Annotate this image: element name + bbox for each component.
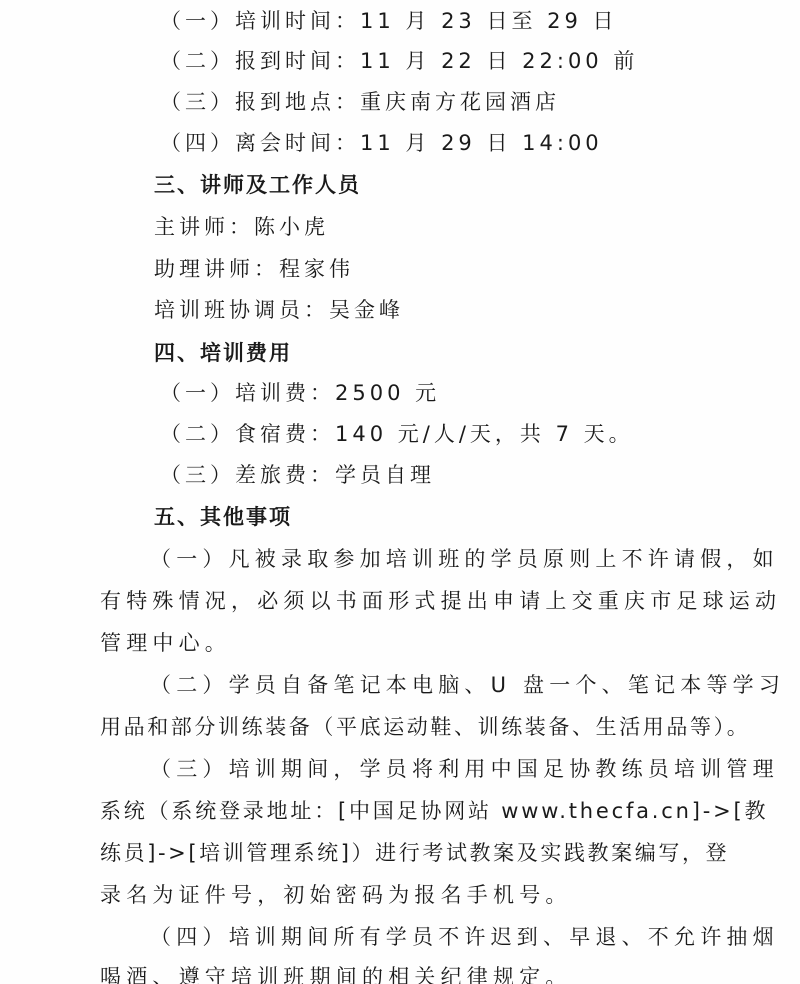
schedule-item-training-time: （一）培训时间：11 月 23 日至 29 日	[160, 8, 618, 34]
item-value: 140 元/人/天，共 7 天。	[335, 422, 634, 446]
item-label: 培训班协调员：	[154, 298, 329, 322]
paragraph-line: 用品和部分训练装备（平底运动鞋、训练装备、生活用品等）。	[100, 714, 750, 740]
staff-item-coordinator: 培训班协调员：吴金峰	[154, 297, 404, 323]
paragraph-line: 录名为证件号，初始密码为报名手机号。	[100, 882, 572, 908]
paragraph-line: （二）学员自备笔记本电脑、U 盘一个、笔记本等学习	[150, 672, 785, 698]
item-label: 助理讲师：	[154, 257, 279, 281]
paragraph-line: 有特殊情况，必须以书面形式提出申请上交重庆市足球运动	[100, 588, 781, 614]
item-value: 2500 元	[335, 381, 440, 405]
item-label: （二）食宿费：	[160, 422, 335, 446]
item-value: 重庆南方花园酒店	[360, 90, 560, 114]
staff-item-assistant-instructor: 助理讲师：程家伟	[154, 256, 354, 282]
item-label: （一）培训费：	[160, 381, 335, 405]
item-label: （四）离会时间：	[160, 131, 360, 155]
section-heading-other-matters: 五、其他事项	[154, 504, 292, 530]
paragraph-line: 系统（系统登录地址：[中国足协网站 www.thecfa.cn]->[教	[100, 798, 768, 824]
paragraph-line: （三）培训期间，学员将利用中国足协教练员培训管理	[150, 756, 779, 782]
paragraph-line: （一）凡被录取参加培训班的学员原则上不许请假，如	[150, 546, 779, 572]
item-value: 11 月 29 日 14:00	[360, 131, 603, 155]
item-value: 程家伟	[279, 257, 354, 281]
fee-item-training: （一）培训费：2500 元	[160, 380, 440, 406]
schedule-item-checkin-location: （三）报到地点：重庆南方花园酒店	[160, 89, 560, 115]
paragraph-line: 管理中心。	[100, 630, 231, 656]
schedule-item-departure-time: （四）离会时间：11 月 29 日 14:00	[160, 130, 603, 156]
item-value: 吴金峰	[329, 298, 404, 322]
section-heading-fees: 四、培训费用	[154, 340, 292, 366]
item-label: （二）报到时间：	[160, 49, 360, 73]
paragraph-line: 喝酒、遵守培训班期间的相关纪律规定。	[100, 964, 572, 984]
item-value: 学员自理	[335, 463, 435, 487]
schedule-item-checkin-time: （二）报到时间：11 月 22 日 22:00 前	[160, 48, 638, 74]
section-heading-staff: 三、讲师及工作人员	[154, 172, 361, 198]
paragraph-line: 练员]->[培训管理系统]）进行考试教案及实践教案编写，登	[100, 840, 729, 866]
item-label: （一）培训时间：	[160, 9, 360, 33]
document-page: （一）培训时间：11 月 23 日至 29 日 （二）报到时间：11 月 22 …	[0, 0, 800, 984]
item-label: 主讲师：	[154, 215, 254, 239]
item-label: （三）差旅费：	[160, 463, 335, 487]
item-value: 11 月 22 日 22:00 前	[360, 49, 638, 73]
item-label: （三）报到地点：	[160, 90, 360, 114]
fee-item-travel: （三）差旅费：学员自理	[160, 462, 435, 488]
fee-item-lodging: （二）食宿费：140 元/人/天，共 7 天。	[160, 421, 634, 447]
item-value: 11 月 23 日至 29 日	[360, 9, 618, 33]
staff-item-lead-instructor: 主讲师：陈小虎	[154, 214, 329, 240]
paragraph-line: （四）培训期间所有学员不许迟到、早退、不允许抽烟	[150, 924, 779, 950]
item-value: 陈小虎	[254, 215, 329, 239]
